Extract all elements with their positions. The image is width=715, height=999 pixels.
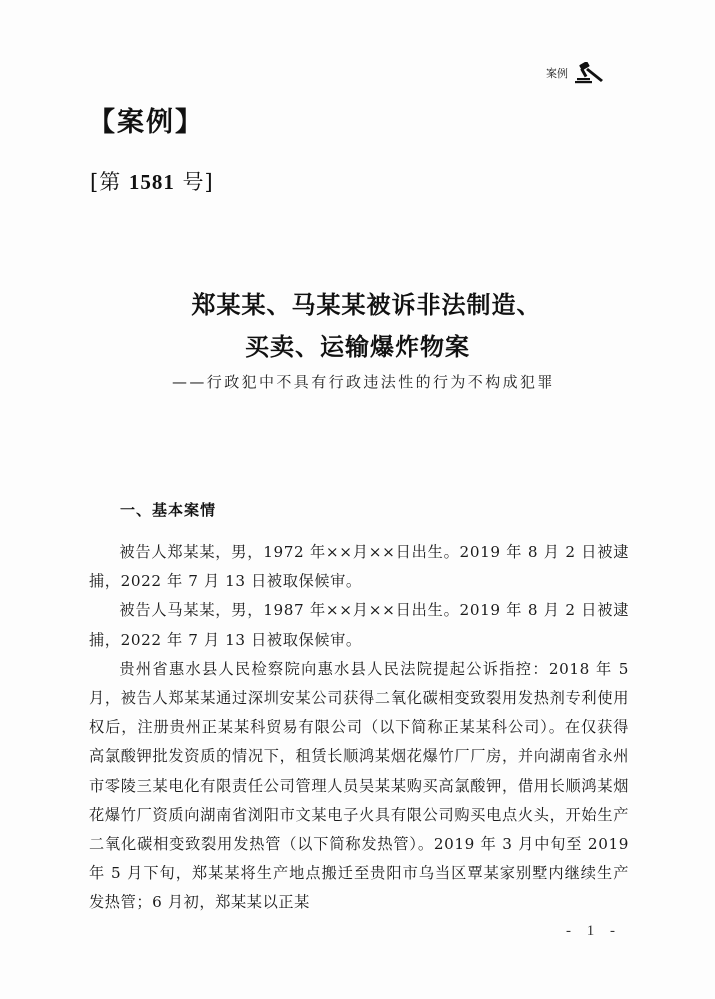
title-line-1: 郑某某、马某某被诉非法制造、 [0, 284, 715, 326]
case-number: [第 1581 号] [90, 166, 214, 196]
page-number: - 1 - [566, 923, 621, 940]
case-number-prefix: [第 [90, 170, 129, 194]
body-text: 被告人郑某某，男，1972 年××月××日出生。2019 年 8 月 2 日被逮… [89, 538, 629, 918]
running-header-label: 案例 [546, 65, 568, 81]
case-label: 【案例】 [88, 100, 204, 139]
case-title: 郑某某、马某某被诉非法制造、 买卖、运输爆炸物案 [0, 284, 715, 368]
case-number-value: 1581 [129, 170, 175, 194]
running-header: 案例 [546, 62, 604, 84]
section-heading: 一、基本案情 [120, 499, 216, 520]
paragraph: 被告人郑某某，男，1972 年××月××日出生。2019 年 8 月 2 日被逮… [89, 538, 629, 596]
case-number-suffix: 号] [175, 170, 214, 194]
paragraph: 被告人马某某，男，1987 年××月××日出生。2019 年 8 月 2 日被逮… [89, 596, 629, 654]
case-subtitle: ——行政犯中不具有行政违法性的行为不构成犯罪 [172, 371, 555, 392]
paragraph: 贵州省惠水县人民检察院向惠水县人民法院提起公诉指控：2018 年 5 月，被告人… [89, 655, 629, 918]
gavel-icon [574, 62, 604, 84]
document-page: 案例 【案例】 [第 1581 号] 郑某某、马某某被诉非法制造、 买卖、运输爆… [0, 0, 715, 999]
title-line-2: 买卖、运输爆炸物案 [0, 326, 715, 368]
